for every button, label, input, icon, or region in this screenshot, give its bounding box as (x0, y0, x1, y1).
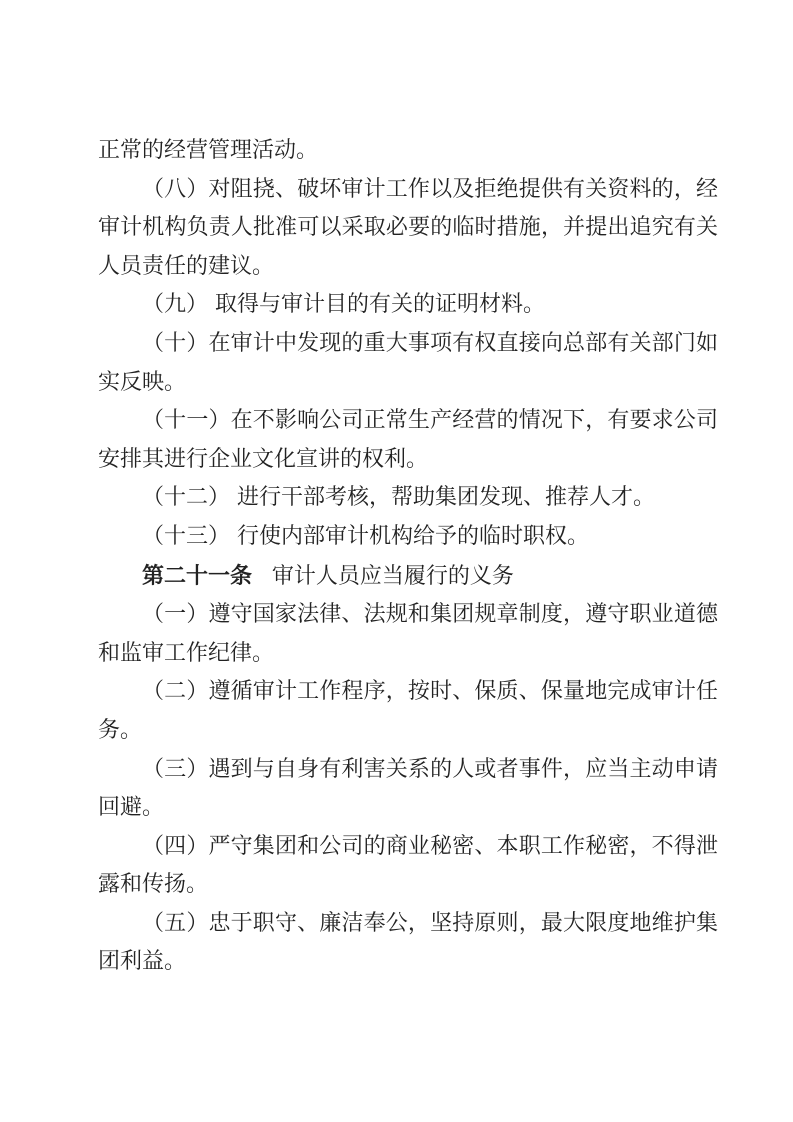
document-body: 正常的经营管理活动。（八）对阻挠、破坏审计工作以及拒绝提供有关资料的，经审计机构… (98, 132, 718, 982)
body-paragraph: （五）忠于职守、廉洁奉公，坚持原则，最大限度地维护集团利益。 (98, 905, 718, 982)
body-paragraph: （十二） 进行干部考核，帮助集团发现、推荐人才。 (98, 479, 718, 518)
article-title: 审计人员应当履行的义务 (272, 564, 514, 589)
body-paragraph: （四）严守集团和公司的商业秘密、本职工作秘密，不得泄露和传扬。 (98, 828, 718, 905)
document-page: 正常的经营管理活动。（八）对阻挠、破坏审计工作以及拒绝提供有关资料的，经审计机构… (0, 0, 793, 1122)
article-number: 第二十一条 (142, 563, 252, 589)
body-paragraph: 正常的经营管理活动。 (98, 132, 718, 171)
body-paragraph: （十三） 行使内部审计机构给予的临时职权。 (98, 518, 718, 557)
body-paragraph: （九） 取得与审计目的有关的证明材料。 (98, 286, 718, 325)
body-paragraph: （一）遵守国家法律、法规和集团规章制度，遵守职业道德和监审工作纪律。 (98, 596, 718, 673)
body-paragraph: （八）对阻挠、破坏审计工作以及拒绝提供有关资料的，经审计机构负责人批准可以采取必… (98, 171, 718, 287)
document-viewport: { "page": { "background_color": "#ffffff… (0, 0, 793, 1122)
body-paragraph: （十）在审计中发现的重大事项有权直接向总部有关部门如实反映。 (98, 325, 718, 402)
article-heading: 第二十一条审计人员应当履行的义务 (98, 557, 718, 597)
body-paragraph: （三）遇到与自身有利害关系的人或者事件，应当主动申请回避。 (98, 751, 718, 828)
body-paragraph: （十一）在不影响公司正常生产经营的情况下，有要求公司安排其进行企业文化宣讲的权利… (98, 402, 718, 479)
body-paragraph: （二）遵循审计工作程序，按时、保质、保量地完成审计任务。 (98, 673, 718, 750)
